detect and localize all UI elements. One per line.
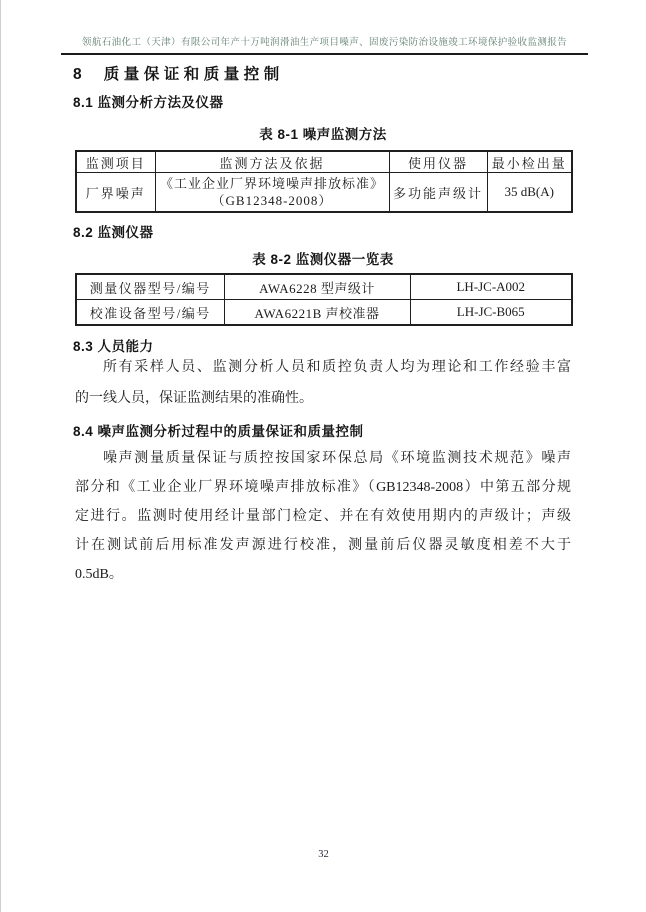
document-page: 领航石油化工（天津）有限公司年产十万吨润滑油生产项目噪声、固废污染防治设施竣工环… bbox=[0, 0, 646, 912]
cell-instrument-used: 多功能声级计 bbox=[389, 173, 487, 213]
table-8-1-caption: 表 8-1 噪声监测方法 bbox=[75, 123, 571, 143]
cell-monitoring-item: 厂界噪声 bbox=[76, 173, 155, 213]
page-number: 32 bbox=[1, 849, 646, 860]
paragraph-line: 噪声测量质量保证与质控按国家环保总局《环境监测技术规范》噪声 bbox=[75, 444, 571, 473]
section-8-2-heading: 8.2 监测仪器 bbox=[73, 221, 154, 241]
table-header-row: 监测项目 监测方法及依据 使用仪器 最小检出量 bbox=[76, 151, 572, 173]
paragraph-line: 0.5dB。 bbox=[75, 560, 571, 589]
cell-measuring-instrument-label: 测量仪器型号/编号 bbox=[76, 274, 224, 300]
personnel-capability-paragraph: 所有采样人员、监测分析人员和质控负责人均为理论和工作经验丰富 的一线人员，保证监… bbox=[75, 352, 571, 414]
paragraph-line: 的一线人员，保证监测结果的准确性。 bbox=[75, 383, 571, 414]
cell-measuring-instrument-model: AWA6228 型声级计 bbox=[224, 274, 410, 300]
col-header-monitoring-item: 监测项目 bbox=[76, 151, 155, 173]
method-standard-title: 《工业企业厂界环境噪声排放标准》 bbox=[158, 175, 387, 192]
report-running-header: 领航石油化工（天津）有限公司年产十万吨润滑油生产项目噪声、固废污染防治设施竣工环… bbox=[61, 34, 588, 55]
report-header-title: 领航石油化工（天津）有限公司年产十万吨润滑油生产项目噪声、固废污染防治设施竣工环… bbox=[61, 34, 588, 48]
paragraph-line: 计在测试前后用标准发声源进行校准，测量前后仪器灵敏度相差不大于 bbox=[75, 531, 571, 560]
paragraph-line: 定进行。监测时使用经计量部门检定、并在有效使用期内的声级计；声级 bbox=[75, 502, 571, 531]
noise-qa-qc-paragraph: 噪声测量质量保证与质控按国家环保总局《环境监测技术规范》噪声 部分和《工业企业厂… bbox=[75, 444, 571, 589]
monitoring-instrument-table: 测量仪器型号/编号 AWA6228 型声级计 LH-JC-A002 校准设备型号… bbox=[75, 273, 573, 326]
cell-measuring-instrument-code: LH-JC-A002 bbox=[410, 274, 572, 300]
method-standard-code: （GB12348-2008） bbox=[158, 192, 387, 209]
col-header-method-basis: 监测方法及依据 bbox=[155, 151, 389, 173]
section-8-1-heading: 8.1 监测分析方法及仪器 bbox=[73, 91, 224, 111]
cell-calibration-device-code: LH-JC-B065 bbox=[410, 300, 572, 326]
section-8-heading: 8 质量保证和质量控制 bbox=[73, 62, 284, 84]
paragraph-line: 所有采样人员、监测分析人员和质控负责人均为理论和工作经验丰富 bbox=[75, 352, 571, 383]
cell-method-basis: 《工业企业厂界环境噪声排放标准》 （GB12348-2008） bbox=[155, 173, 389, 213]
noise-monitoring-method-table: 监测项目 监测方法及依据 使用仪器 最小检出量 厂界噪声 《工业企业厂界环境噪声… bbox=[75, 150, 573, 213]
col-header-instrument-used: 使用仪器 bbox=[389, 151, 487, 173]
table-row: 测量仪器型号/编号 AWA6228 型声级计 LH-JC-A002 bbox=[76, 274, 572, 300]
section-8-4-heading: 8.4 噪声监测分析过程中的质量保证和质量控制 bbox=[73, 420, 364, 440]
cell-calibration-device-label: 校准设备型号/编号 bbox=[76, 300, 224, 326]
table-row: 校准设备型号/编号 AWA6221B 声校准器 LH-JC-B065 bbox=[76, 300, 572, 326]
cell-min-detection: 35 dB(A) bbox=[487, 173, 572, 213]
table-row: 厂界噪声 《工业企业厂界环境噪声排放标准》 （GB12348-2008） 多功能… bbox=[76, 173, 572, 213]
paragraph-line: 部分和《工业企业厂界环境噪声排放标准》（GB12348-2008）中第五部分规 bbox=[75, 473, 571, 502]
cell-calibration-device-model: AWA6221B 声校准器 bbox=[224, 300, 410, 326]
col-header-min-detection: 最小检出量 bbox=[487, 151, 572, 173]
table-8-2-caption: 表 8-2 监测仪器一览表 bbox=[75, 248, 571, 268]
